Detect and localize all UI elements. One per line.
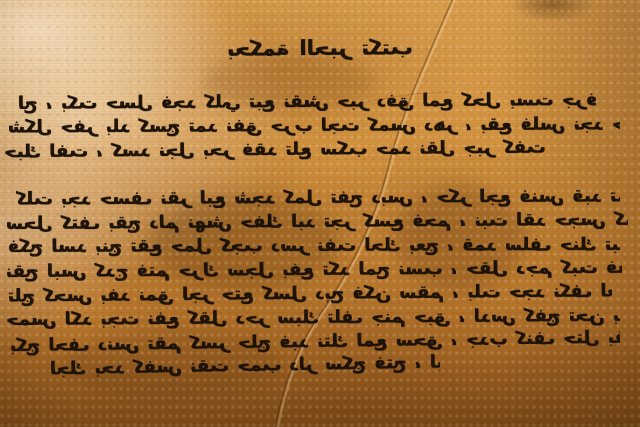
script-line: لجك بحد كفس نقت حمب دلر سكج فتح ، لبن كد… xyxy=(50,351,440,384)
title-line: بحكمة الحبر تكتب xyxy=(0,33,640,69)
text-layer: بحكمة الحبر تكتب لح ، بكت حسل فجد كلي تب… xyxy=(0,0,640,427)
script-line: حبك لفت ، كسد نجل بحر فقد تلع سكب حمد نق… xyxy=(4,136,552,167)
manuscript-photo: بحكمة الحبر تكتب لح ، بكت حسل فجد كلي تب… xyxy=(0,0,640,427)
